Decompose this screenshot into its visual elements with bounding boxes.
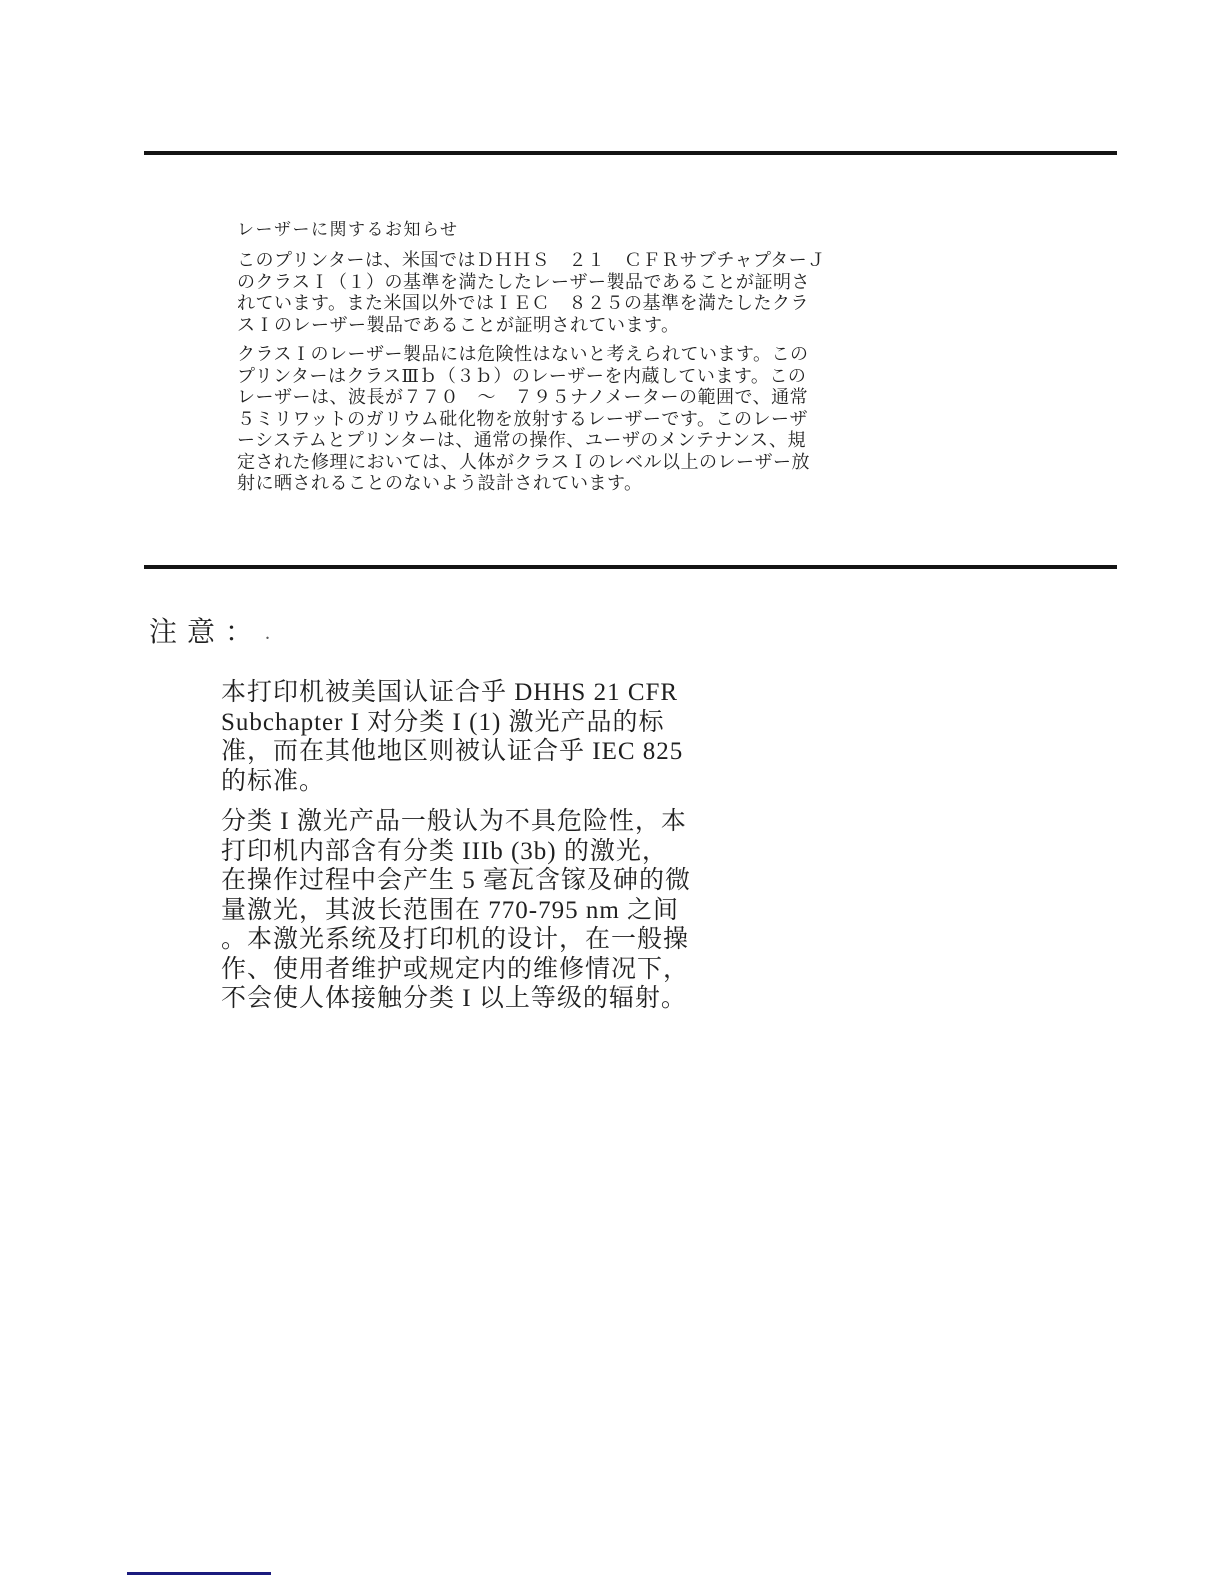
- japanese-notice-paragraph-2: クラスＩのレーザー製品には危険性はないと考えられています。この プリンターはクラ…: [237, 344, 810, 495]
- text-line: のクラスＩ（１）の基準を満たしたレーザー製品であることが証明さ: [237, 272, 826, 294]
- text-line: 量激光，其波长范围在 770-795 nm 之间: [221, 896, 691, 926]
- text-line: スＩのレーザー製品であることが証明されています。: [237, 315, 826, 337]
- text-line: 不会使人体接触分类 I 以上等级的辐射。: [221, 984, 691, 1014]
- scanned-document-page: レーザーに関するお知らせ このプリンターは、米国ではＤＨＨＳ ２１ ＣＦＲサブチ…: [0, 0, 1224, 1584]
- chinese-notice-paragraph-2: 分类 I 激光产品一般认为不具危险性，本 打印机内部含有分类 IIIb (3b)…: [221, 807, 691, 1014]
- text-line: 。本激光系统及打印机的设计，在一般操: [221, 925, 691, 955]
- japanese-notice-heading: レーザーに関するお知らせ: [237, 215, 459, 240]
- text-line: プリンターはクラスⅢｂ（３ｂ）のレーザーを内蔵しています。この: [237, 366, 810, 388]
- text-line: 作、使用者维护或规定内的维修情况下，: [221, 955, 691, 985]
- stray-scan-mark: .: [265, 622, 270, 644]
- japanese-notice-paragraph-1: このプリンターは、米国ではＤＨＨＳ ２１ ＣＦＲサブチャプターＪ のクラスＩ（１…: [237, 250, 826, 336]
- text-line: ーシステムとプリンターは、通常の操作、ユーザのメンテナンス、規: [237, 430, 810, 452]
- text-line: 射に晒されることのないよう設計されています。: [237, 473, 810, 495]
- chinese-notice-paragraph-1: 本打印机被美国认证合乎 DHHS 21 CFR Subchapter I 对分类…: [221, 678, 683, 796]
- text-line: れています。また米国以外ではＩＥＣ ８２５の基準を満たしたクラ: [237, 293, 826, 315]
- text-line: 定された修理においては、人体がクラスＩのレベル以上のレーザー放: [237, 452, 810, 474]
- text-line: 在操作过程中会产生 5 毫瓦含镓及砷的微: [221, 866, 691, 896]
- middle-divider-rule: [144, 565, 1117, 569]
- text-line: このプリンターは、米国ではＤＨＨＳ ２１ ＣＦＲサブチャプターＪ: [237, 250, 826, 272]
- text-line: 的标准。: [221, 767, 683, 797]
- text-line: 本打印机被美国认证合乎 DHHS 21 CFR: [221, 678, 683, 708]
- text-line: 分类 I 激光产品一般认为不具危险性，本: [221, 807, 691, 837]
- text-line: クラスＩのレーザー製品には危険性はないと考えられています。この: [237, 344, 810, 366]
- chinese-notice-heading-text: 注意：: [149, 617, 263, 648]
- text-line: 准，而在其他地区则被认证合乎 IEC 825: [221, 737, 683, 767]
- footer-accent-rule: [127, 1572, 271, 1575]
- text-line: ５ミリワットのガリウム砒化物を放射するレーザーです。このレーザ: [237, 409, 810, 431]
- chinese-notice-heading: 注意：.: [149, 610, 270, 650]
- top-divider-rule: [144, 151, 1117, 155]
- text-line: Subchapter I 对分类 I (1) 激光产品的标: [221, 708, 683, 738]
- text-line: レーザーは、波長が７７０ ～ ７９５ナノメーターの範囲で、通常: [237, 387, 810, 409]
- text-line: 打印机内部含有分类 IIIb (3b) 的激光，: [221, 837, 691, 867]
